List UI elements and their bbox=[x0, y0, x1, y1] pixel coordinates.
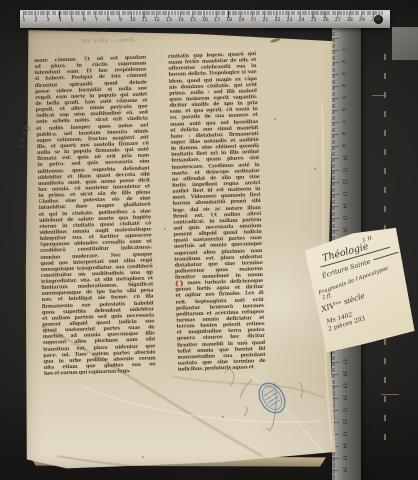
ruler-number: 1 bbox=[340, 48, 345, 51]
ruler-number: 17 bbox=[214, 18, 220, 23]
ruler-number: 24 bbox=[299, 18, 305, 23]
ruler-number: 33 bbox=[341, 431, 346, 437]
wrinkle-lines bbox=[42, 106, 332, 470]
ruler-number: 15 bbox=[341, 215, 346, 221]
ruler-number: 5 bbox=[340, 96, 345, 99]
stitch-mark bbox=[372, 95, 386, 96]
ruler-hole bbox=[374, 15, 383, 24]
ruler-number: 9 bbox=[340, 144, 345, 147]
ruler-number: 29 bbox=[359, 18, 365, 23]
note-lines: J. H.ThéologieÉcriture SainteFragments d… bbox=[309, 231, 408, 330]
ruler-number: 23 bbox=[287, 18, 293, 23]
ruler-number: 36 bbox=[341, 467, 346, 473]
ruler-number: 6 bbox=[340, 108, 345, 111]
ruler-number: 20 bbox=[250, 18, 256, 23]
ruler-number: 28 bbox=[341, 371, 346, 377]
ruler-number: 26 bbox=[323, 18, 329, 23]
photo-scene: Ms 1402 — seeb. more cōmune. Et nō est q… bbox=[0, 0, 418, 480]
ruler-number: 11 bbox=[341, 167, 346, 173]
ruler-number: 10 bbox=[341, 155, 346, 161]
ruler-number: 31 bbox=[341, 407, 346, 413]
ruler-number: 14 bbox=[341, 203, 346, 209]
ruler-number: 15 bbox=[190, 18, 196, 23]
ruler-number: 22 bbox=[275, 18, 281, 23]
ruler-number: 19 bbox=[238, 18, 244, 23]
ruler-number: 2 bbox=[340, 60, 345, 63]
ruler-number: 10 bbox=[130, 18, 136, 23]
ruler-number: 27 bbox=[335, 18, 341, 23]
ruler-number: 16 bbox=[341, 227, 346, 233]
overlay-graphics bbox=[22, 26, 342, 472]
ruler-number: 18 bbox=[226, 18, 232, 23]
ruler-number: 27 bbox=[341, 359, 346, 365]
ruler-number: 25 bbox=[311, 18, 317, 23]
ruler-number: 3 bbox=[340, 72, 345, 75]
ruler-number: 32 bbox=[341, 419, 346, 425]
ruler-number: 14 bbox=[178, 18, 184, 23]
ruler-number: 4 bbox=[340, 84, 345, 87]
ruler-number: 13 bbox=[341, 191, 346, 197]
ruler-number: 3 bbox=[47, 18, 50, 23]
ruler-number: 8 bbox=[340, 132, 345, 135]
ruler-number: 12 bbox=[341, 179, 346, 185]
ruler-number: 11 bbox=[142, 18, 148, 23]
ruler-number: 30 bbox=[341, 395, 346, 401]
ruler-number: 34 bbox=[341, 443, 346, 449]
ruler-number: 29 bbox=[341, 383, 346, 389]
ruler-number: 9 bbox=[119, 18, 122, 23]
ruler-number: 28 bbox=[347, 18, 353, 23]
ruler-number: 8 bbox=[107, 18, 110, 23]
ruler-number: 13 bbox=[166, 18, 172, 23]
ruler-number: 1 bbox=[23, 18, 26, 23]
ruler-number: 7 bbox=[340, 120, 345, 123]
ruler-number: 4 bbox=[59, 18, 62, 23]
ruler-number: 21 bbox=[262, 18, 268, 23]
gray-card bbox=[392, 27, 418, 60]
ruler-number: 7 bbox=[95, 18, 98, 23]
ruler-number: 35 bbox=[341, 455, 346, 461]
ruler-cm-ticks bbox=[23, 11, 384, 18]
manuscript-page: Ms 1402 — seeb. more cōmune. Et nō est q… bbox=[22, 26, 342, 472]
metal-ruler-horizontal: 1234567891011121314151617181920212223242… bbox=[20, 10, 390, 28]
ruler-number: 12 bbox=[154, 18, 160, 23]
ruler-number: 2 bbox=[35, 18, 38, 23]
ruler-number: 5 bbox=[71, 18, 74, 23]
ruler-number: 6 bbox=[83, 18, 86, 23]
stitch-mark bbox=[381, 394, 399, 395]
ruler-number: 16 bbox=[202, 18, 208, 23]
